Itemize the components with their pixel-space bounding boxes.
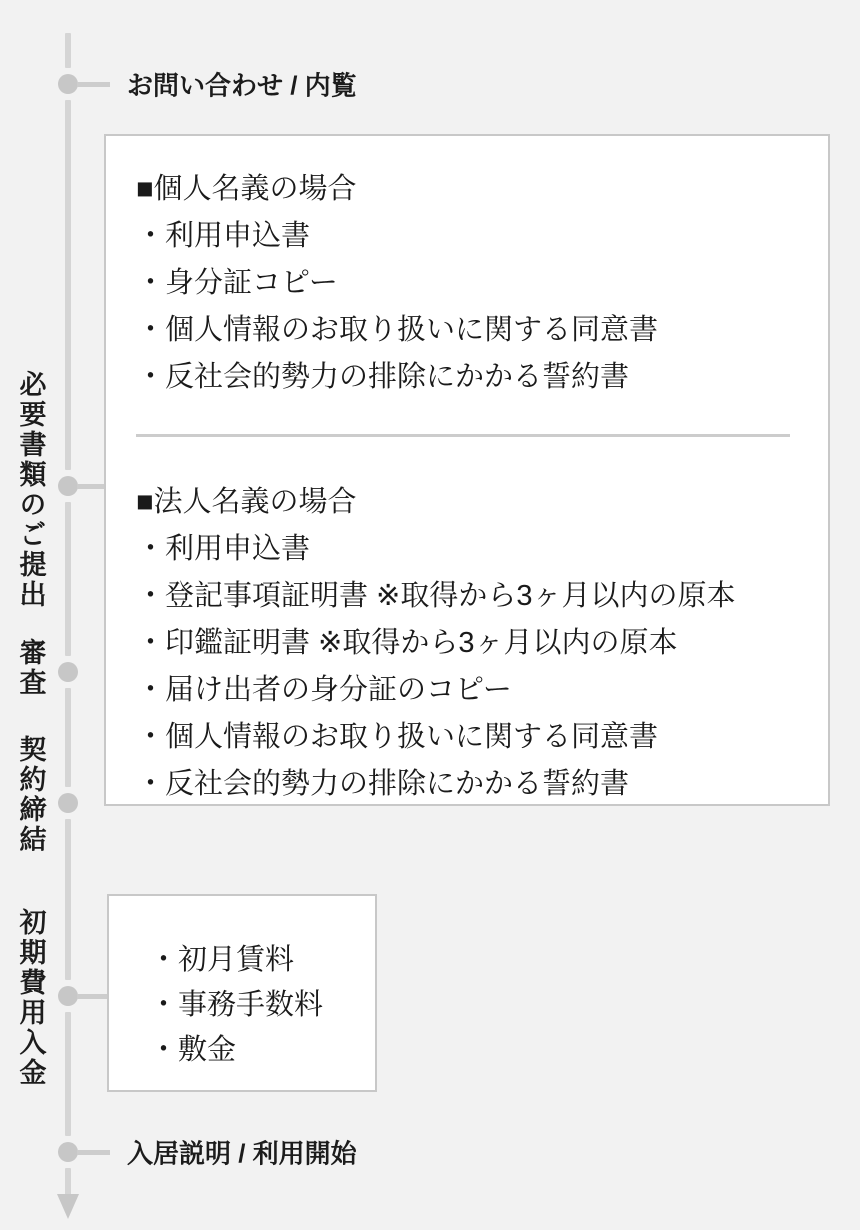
document-item: ・個人情報のお取り扱いに関する同意書: [136, 714, 794, 761]
connector-documents: [77, 484, 106, 489]
document-item: ・個人情報のお取り扱いに関する同意書: [136, 307, 794, 354]
timeline-line-segment: [65, 33, 71, 68]
personal-name-items: ・利用申込書・身分証コピー・個人情報のお取り扱いに関する同意書・反社会的勢力の排…: [136, 213, 794, 401]
document-item: ・登記事項証明書 ※取得から3ヶ月以内の原本: [136, 573, 794, 620]
step-label-move-in: 入居説明 / 利用開始: [127, 1134, 357, 1171]
timeline-line-segment: [65, 100, 71, 470]
document-item: ・利用申込書: [136, 526, 794, 573]
section-divider: [136, 434, 790, 437]
document-item: ・届け出者の身分証のコピー: [136, 667, 794, 714]
step-label-initial-payment: 初期費用入金: [12, 908, 51, 1088]
required-documents-box: ■個人名義の場合 ・利用申込書・身分証コピー・個人情報のお取り扱いに関する同意書…: [104, 134, 830, 806]
timeline-node-contract: [58, 793, 78, 813]
document-item: ・利用申込書: [136, 213, 794, 260]
payment-item: ・事務手数料: [149, 983, 375, 1028]
corporate-name-section: ■法人名義の場合 ・利用申込書・登記事項証明書 ※取得から3ヶ月以内の原本・印鑑…: [136, 479, 794, 808]
step-label-documents: 必要書類のご提出: [12, 370, 51, 610]
timeline-node-inquiry: [58, 74, 78, 94]
document-item: ・反社会的勢力の排除にかかる誓約書: [136, 761, 794, 808]
initial-payment-box: ・初月賃料・事務手数料・敷金: [107, 894, 377, 1092]
rental-process-flow-diagram: お問い合わせ / 内覧 必要書類のご提出 審査 契約締結 初期費用入金 入居説明…: [0, 0, 860, 1230]
document-item: ・反社会的勢力の排除にかかる誓約書: [136, 354, 794, 401]
payment-item: ・敷金: [149, 1028, 375, 1073]
arrow-down-icon: [57, 1194, 79, 1219]
personal-name-heading: ■個人名義の場合: [136, 166, 794, 213]
connector-inquiry: [77, 82, 110, 87]
step-label-screening: 審査: [12, 638, 51, 698]
document-item: ・印鑑証明書 ※取得から3ヶ月以内の原本: [136, 620, 794, 667]
timeline-line-segment: [65, 1168, 71, 1196]
payment-item: ・初月賃料: [149, 938, 375, 983]
timeline-node-move-in: [58, 1142, 78, 1162]
step-label-contract: 契約締結: [12, 735, 51, 855]
connector-initial-payment: [77, 994, 109, 999]
connector-move-in: [77, 1150, 110, 1155]
timeline-line-segment: [65, 1012, 71, 1136]
timeline-node-initial-payment: [58, 986, 78, 1006]
document-item: ・身分証コピー: [136, 260, 794, 307]
corporate-name-items: ・利用申込書・登記事項証明書 ※取得から3ヶ月以内の原本・印鑑証明書 ※取得から…: [136, 526, 794, 808]
step-label-inquiry: お問い合わせ / 内覧: [127, 66, 357, 103]
timeline-node-screening: [58, 662, 78, 682]
timeline-line-segment: [65, 502, 71, 656]
personal-name-section: ■個人名義の場合 ・利用申込書・身分証コピー・個人情報のお取り扱いに関する同意書…: [136, 166, 794, 401]
timeline-line-segment: [65, 819, 71, 980]
payment-items: ・初月賃料・事務手数料・敷金: [149, 938, 375, 1073]
timeline-node-documents: [58, 476, 78, 496]
corporate-name-heading: ■法人名義の場合: [136, 479, 794, 526]
timeline-line-segment: [65, 688, 71, 787]
